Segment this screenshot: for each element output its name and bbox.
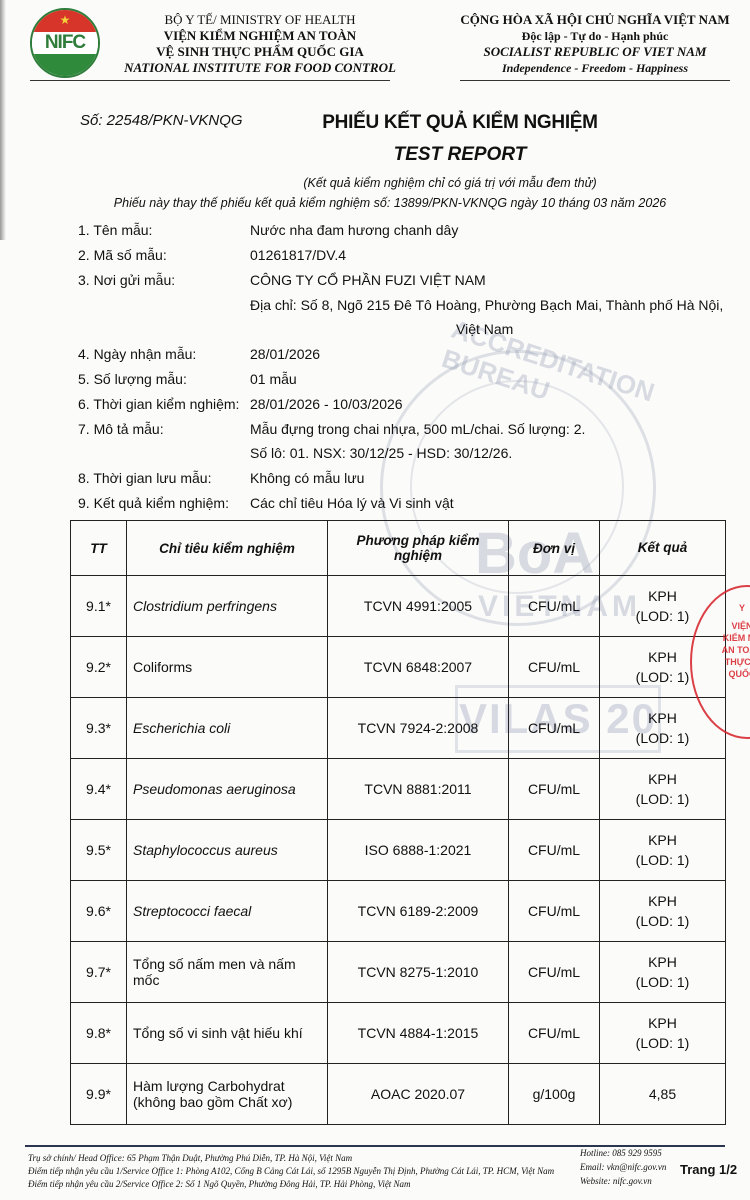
cell-criterion: Hàm lượng Carbohydrat(không bao gồm Chất… [127, 1064, 328, 1125]
cell-result: 4,85 [600, 1064, 726, 1125]
page-title: PHIẾU KẾT QUẢ KIỂM NGHIỆM [300, 112, 620, 134]
header-left-divider [30, 80, 390, 81]
institute-name-vi-1: VIỆN KIỂM NGHIỆM AN TOÀN [110, 28, 410, 44]
republic-header: CỘNG HÒA XÃ HỘI CHỦ NGHĨA VIỆT NAM Độc l… [450, 12, 740, 76]
footer-service-office-1: Điểm tiếp nhận yêu cầu 1/Service Office … [28, 1165, 554, 1178]
table-row: 9.3*Escherichia coliTCVN 7924-2:2008CFU/… [71, 698, 726, 759]
institute-name-vi-2: VỆ SINH THỰC PHẨM QUỐC GIA [110, 44, 410, 60]
page-edge-shadow [0, 0, 6, 240]
table-row: 9.9*Hàm lượng Carbohydrat(không bao gồm … [71, 1064, 726, 1125]
cell-method: TCVN 6189-2:2009 [328, 881, 509, 942]
cell-result: KPH(LOD: 1) [600, 698, 726, 759]
replacement-note: Phiếu này thay thế phiếu kết quả kiểm ng… [60, 196, 720, 210]
cell-tt: 9.6* [71, 881, 127, 942]
footer-hotline: Hotline: 085 929 9595 [580, 1146, 666, 1160]
cell-method: AOAC 2020.07 [328, 1064, 509, 1125]
footer-addresses: Trụ sở chính/ Head Office: 65 Phạm Thận … [28, 1152, 554, 1191]
info-sample-name: 1. Tên mẫu:Nước nha đam hương chanh dây [78, 222, 738, 242]
info-sample-code: 2. Mã số mẫu:01261817/DV.4 [78, 247, 738, 267]
republic-name-vi: CỘNG HÒA XÃ HỘI CHỦ NGHĨA VIỆT NAM [450, 12, 740, 28]
cell-tt: 9.4* [71, 759, 127, 820]
institute-name-en: NATIONAL INSTITUTE FOR FOOD CONTROL [110, 60, 410, 76]
cell-criterion: Streptococci faecal [127, 881, 328, 942]
republic-name-en: SOCIALIST REPUBLIC OF VIET NAM [450, 44, 740, 60]
cell-unit: CFU/mL [509, 881, 600, 942]
table-header-row: TT Chỉ tiêu kiểm nghiệm Phương pháp kiểm… [71, 521, 726, 576]
cell-method: TCVN 8275-1:2010 [328, 942, 509, 1003]
info-sender: 3. Nơi gửi mẫu:CÔNG TY CỔ PHẦN FUZI VIỆT… [78, 272, 738, 292]
info-sample-description: 7. Mô tả mẫu:Mẫu đựng trong chai nhựa, 5… [78, 421, 738, 441]
cell-tt: 9.7* [71, 942, 127, 1003]
cell-method: TCVN 8881:2011 [328, 759, 509, 820]
info-sender-address-cont: Việt Nam [78, 321, 738, 341]
page-subtitle: TEST REPORT [300, 144, 620, 166]
cell-result: KPH(LOD: 1) [600, 637, 726, 698]
cell-criterion: Escherichia coli [127, 698, 328, 759]
footer-email[interactable]: Email: vkn@nifc.gov.vn [580, 1160, 666, 1174]
ministry-line: BỘ Y TẾ/ MINISTRY OF HEALTH [110, 12, 410, 28]
table-row: 9.1*Clostridium perfringensTCVN 4991:200… [71, 576, 726, 637]
header-right-divider [460, 80, 730, 81]
info-sample-description-cont: Số lô: 01. NSX: 30/12/25 - HSD: 30/12/26… [78, 445, 738, 465]
table-row: 9.4*Pseudomonas aeruginosaTCVN 8881:2011… [71, 759, 726, 820]
cell-tt: 9.8* [71, 1003, 127, 1064]
cell-tt: 9.1* [71, 576, 127, 637]
cell-unit: g/100g [509, 1064, 600, 1125]
cell-unit: CFU/mL [509, 698, 600, 759]
nifc-logo-icon: ★ NIFC [30, 8, 100, 78]
cell-result: KPH(LOD: 1) [600, 942, 726, 1003]
cell-unit: CFU/mL [509, 637, 600, 698]
col-header-criterion: Chỉ tiêu kiểm nghiệm [127, 521, 328, 576]
cell-criterion: Staphylococcus aureus [127, 820, 328, 881]
cell-unit: CFU/mL [509, 759, 600, 820]
validity-note: (Kết quả kiểm nghiệm chỉ có giá trị với … [250, 176, 650, 190]
footer-contacts: Hotline: 085 929 9595 Email: vkn@nifc.go… [580, 1146, 666, 1188]
col-header-unit: Đơn vị [509, 521, 600, 576]
table-row: 9.5*Staphylococcus aureusISO 6888-1:2021… [71, 820, 726, 881]
table-row: 9.2*ColiformsTCVN 6848:2007CFU/mLKPH(LOD… [71, 637, 726, 698]
cell-result: KPH(LOD: 1) [600, 881, 726, 942]
info-test-results: 9. Kết quả kiểm nghiệm:Các chỉ tiêu Hóa … [78, 495, 738, 515]
table-row: 9.7*Tổng số nấm men và nấm mốcTCVN 8275-… [71, 942, 726, 1003]
cell-unit: CFU/mL [509, 576, 600, 637]
cell-tt: 9.5* [71, 820, 127, 881]
motto-vi: Độc lập - Tự do - Hạnh phúc [450, 28, 740, 44]
cell-tt: 9.2* [71, 637, 127, 698]
cell-unit: CFU/mL [509, 820, 600, 881]
cell-method: TCVN 4884-1:2015 [328, 1003, 509, 1064]
footer-head-office: Trụ sở chính/ Head Office: 65 Phạm Thận … [28, 1152, 554, 1165]
footer-website[interactable]: Website: nifc.gov.vn [580, 1174, 666, 1188]
cell-unit: CFU/mL [509, 1003, 600, 1064]
info-retention: 8. Thời gian lưu mẫu:Không có mẫu lưu [78, 470, 738, 490]
cell-criterion: Tổng số nấm men và nấm mốc [127, 942, 328, 1003]
cell-tt: 9.3* [71, 698, 127, 759]
cell-unit: CFU/mL [509, 942, 600, 1003]
col-header-method: Phương pháp kiểm nghiệm [328, 521, 509, 576]
cell-result: KPH(LOD: 1) [600, 576, 726, 637]
col-header-result: Kết quả [600, 521, 726, 576]
page-number: Trang 1/2 [680, 1162, 737, 1177]
cell-result: KPH(LOD: 1) [600, 1003, 726, 1064]
col-header-tt: TT [71, 521, 127, 576]
info-sender-address: Địa chỉ: Số 8, Ngõ 215 Đê Tô Hoàng, Phườ… [78, 297, 738, 317]
info-received-date: 4. Ngày nhận mẫu:28/01/2026 [78, 346, 738, 366]
cell-method: ISO 6888-1:2021 [328, 820, 509, 881]
info-test-period: 6. Thời gian kiểm nghiệm:28/01/2026 - 10… [78, 396, 738, 416]
cell-criterion: Coliforms [127, 637, 328, 698]
cell-result: KPH(LOD: 1) [600, 820, 726, 881]
table-row: 9.6*Streptococci faecalTCVN 6189-2:2009C… [71, 881, 726, 942]
results-table: TT Chỉ tiêu kiểm nghiệm Phương pháp kiểm… [70, 520, 726, 1125]
report-number: Số: 22548/PKN-VKNQG [80, 112, 243, 129]
cell-tt: 9.9* [71, 1064, 127, 1125]
footer-service-office-2: Điểm tiếp nhận yêu cầu 2/Service Office … [28, 1178, 554, 1191]
institute-header: BỘ Y TẾ/ MINISTRY OF HEALTH VIỆN KIỂM NG… [110, 12, 410, 76]
cell-criterion: Pseudomonas aeruginosa [127, 759, 328, 820]
motto-en: Independence - Freedom - Happiness [450, 60, 740, 76]
cell-result: KPH(LOD: 1) [600, 759, 726, 820]
cell-method: TCVN 4991:2005 [328, 576, 509, 637]
cell-method: TCVN 6848:2007 [328, 637, 509, 698]
table-row: 9.8*Tổng số vi sinh vật hiếu khíTCVN 488… [71, 1003, 726, 1064]
cell-criterion: Clostridium perfringens [127, 576, 328, 637]
info-sample-quantity: 5. Số lượng mẫu:01 mẫu [78, 371, 738, 391]
cell-method: TCVN 7924-2:2008 [328, 698, 509, 759]
cell-criterion: Tổng số vi sinh vật hiếu khí [127, 1003, 328, 1064]
